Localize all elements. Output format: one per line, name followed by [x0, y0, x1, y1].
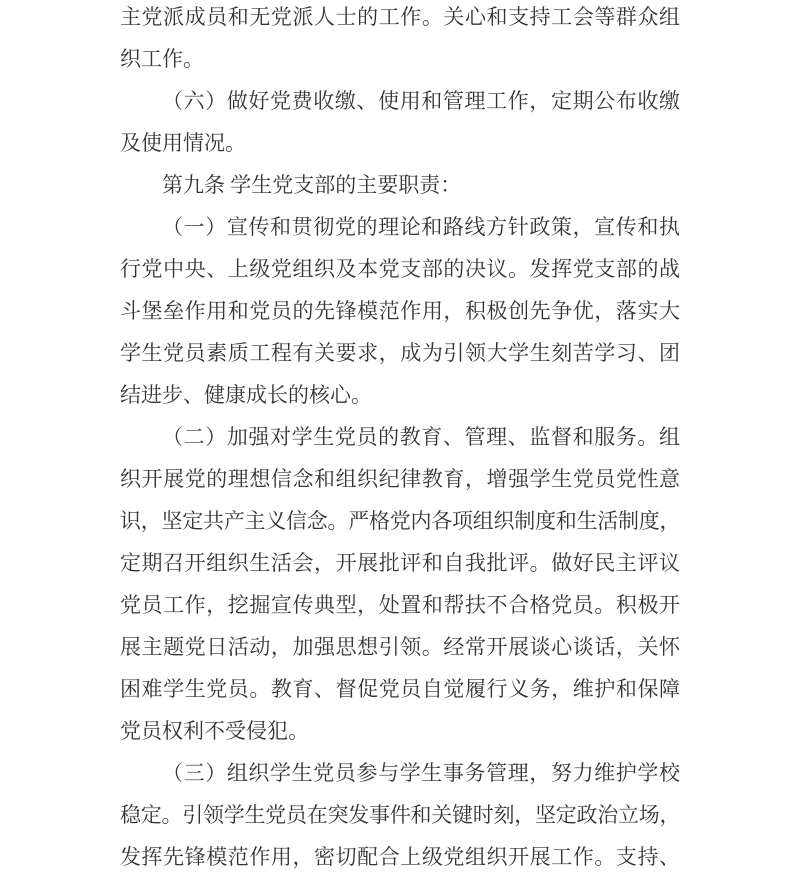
paragraph: （三）组织学生党员参与学生事务管理，努力维护学校稳定。引领学生党员在突发事件和关…: [120, 752, 680, 874]
text-line: 学生党员素质工程有关要求，成为引领大学生刻苦学习、团: [120, 332, 680, 374]
document-text-area: 主党派成员和无党派人士的工作。关心和支持工会等群众组织工作。（六）做好党费收缴、…: [120, 0, 680, 874]
text-line: 稳定。引领学生党员在突发事件和关键时刻，坚定政治立场，: [120, 794, 680, 836]
text-line: 党员权利不受侵犯。: [120, 710, 680, 752]
text-line: 主党派成员和无党派人士的工作。关心和支持工会等群众组: [120, 0, 680, 38]
text-line: 斗堡垒作用和党员的先锋模范作用，积极创先争优，落实大: [120, 290, 680, 332]
text-line: 定期召开组织生活会，开展批评和自我批评。做好民主评议: [120, 542, 680, 584]
text-line: 结进步、健康成长的核心。: [120, 374, 680, 416]
paragraph: （一）宣传和贯彻党的理论和路线方针政策，宣传和执行党中央、上级党组织及本党支部的…: [120, 206, 680, 416]
paragraph: （二）加强对学生党员的教育、管理、监督和服务。组织开展党的理想信念和组织纪律教育…: [120, 416, 680, 752]
text-line: 及使用情况。: [120, 122, 680, 164]
text-line: （六）做好党费收缴、使用和管理工作，定期公布收缴: [120, 80, 680, 122]
text-line: 第九条 学生党支部的主要职责：: [120, 164, 680, 206]
text-line: （二）加强对学生党员的教育、管理、监督和服务。组: [120, 416, 680, 458]
text-line: （三）组织学生党员参与学生事务管理，努力维护学校: [120, 752, 680, 794]
text-line: 党员工作，挖掘宣传典型，处置和帮扶不合格党员。积极开: [120, 584, 680, 626]
text-line: 发挥先锋模范作用，密切配合上级党组织开展工作。支持、: [120, 836, 680, 874]
document-page: 主党派成员和无党派人士的工作。关心和支持工会等群众组织工作。（六）做好党费收缴、…: [0, 0, 799, 870]
text-line: 展主题党日活动，加强思想引领。经常开展谈心谈话，关怀: [120, 626, 680, 668]
paragraph: 第九条 学生党支部的主要职责：: [120, 164, 680, 206]
text-line: 织工作。: [120, 38, 680, 80]
text-line: 行党中央、上级党组织及本党支部的决议。发挥党支部的战: [120, 248, 680, 290]
text-line: （一）宣传和贯彻党的理论和路线方针政策，宣传和执: [120, 206, 680, 248]
paragraph: 主党派成员和无党派人士的工作。关心和支持工会等群众组织工作。: [120, 0, 680, 80]
paragraph: （六）做好党费收缴、使用和管理工作，定期公布收缴及使用情况。: [120, 80, 680, 164]
text-line: 困难学生党员。教育、督促党员自觉履行义务，维护和保障: [120, 668, 680, 710]
text-line: 织开展党的理想信念和组织纪律教育，增强学生党员党性意: [120, 458, 680, 500]
text-line: 识，坚定共产主义信念。严格党内各项组织制度和生活制度，: [120, 500, 680, 542]
